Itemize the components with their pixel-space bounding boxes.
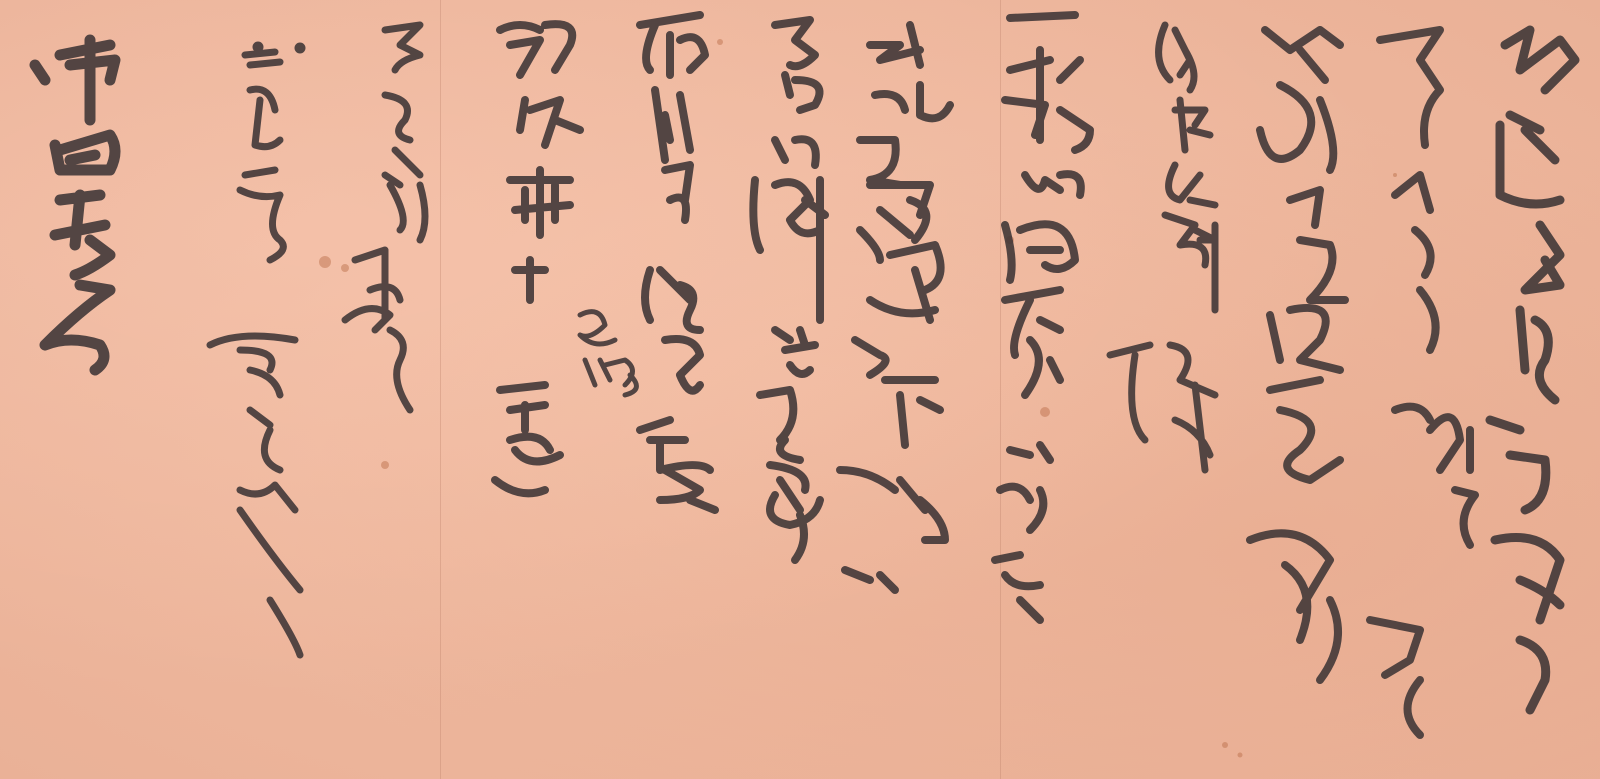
calligraphy-ink [0,0,1600,779]
letter-paper: 中田老人 [0,0,1600,779]
ink-column-2 [1370,30,1475,735]
ink-column-10 [345,25,425,410]
interlinear-note [580,312,636,395]
ink-column-5 [995,15,1090,620]
ink-column-6 [840,25,950,590]
ink-column-9 [495,24,580,493]
ink-column-3 [1250,30,1345,680]
ink-column-11 [210,45,302,655]
ink-column-1 [1490,30,1575,710]
ink-column-7 [753,20,825,560]
paper-stains [319,39,1397,758]
ink-column-8 [640,15,715,510]
ink-column-12-addressee [35,40,115,370]
ink-column-4 [1110,25,1215,470]
